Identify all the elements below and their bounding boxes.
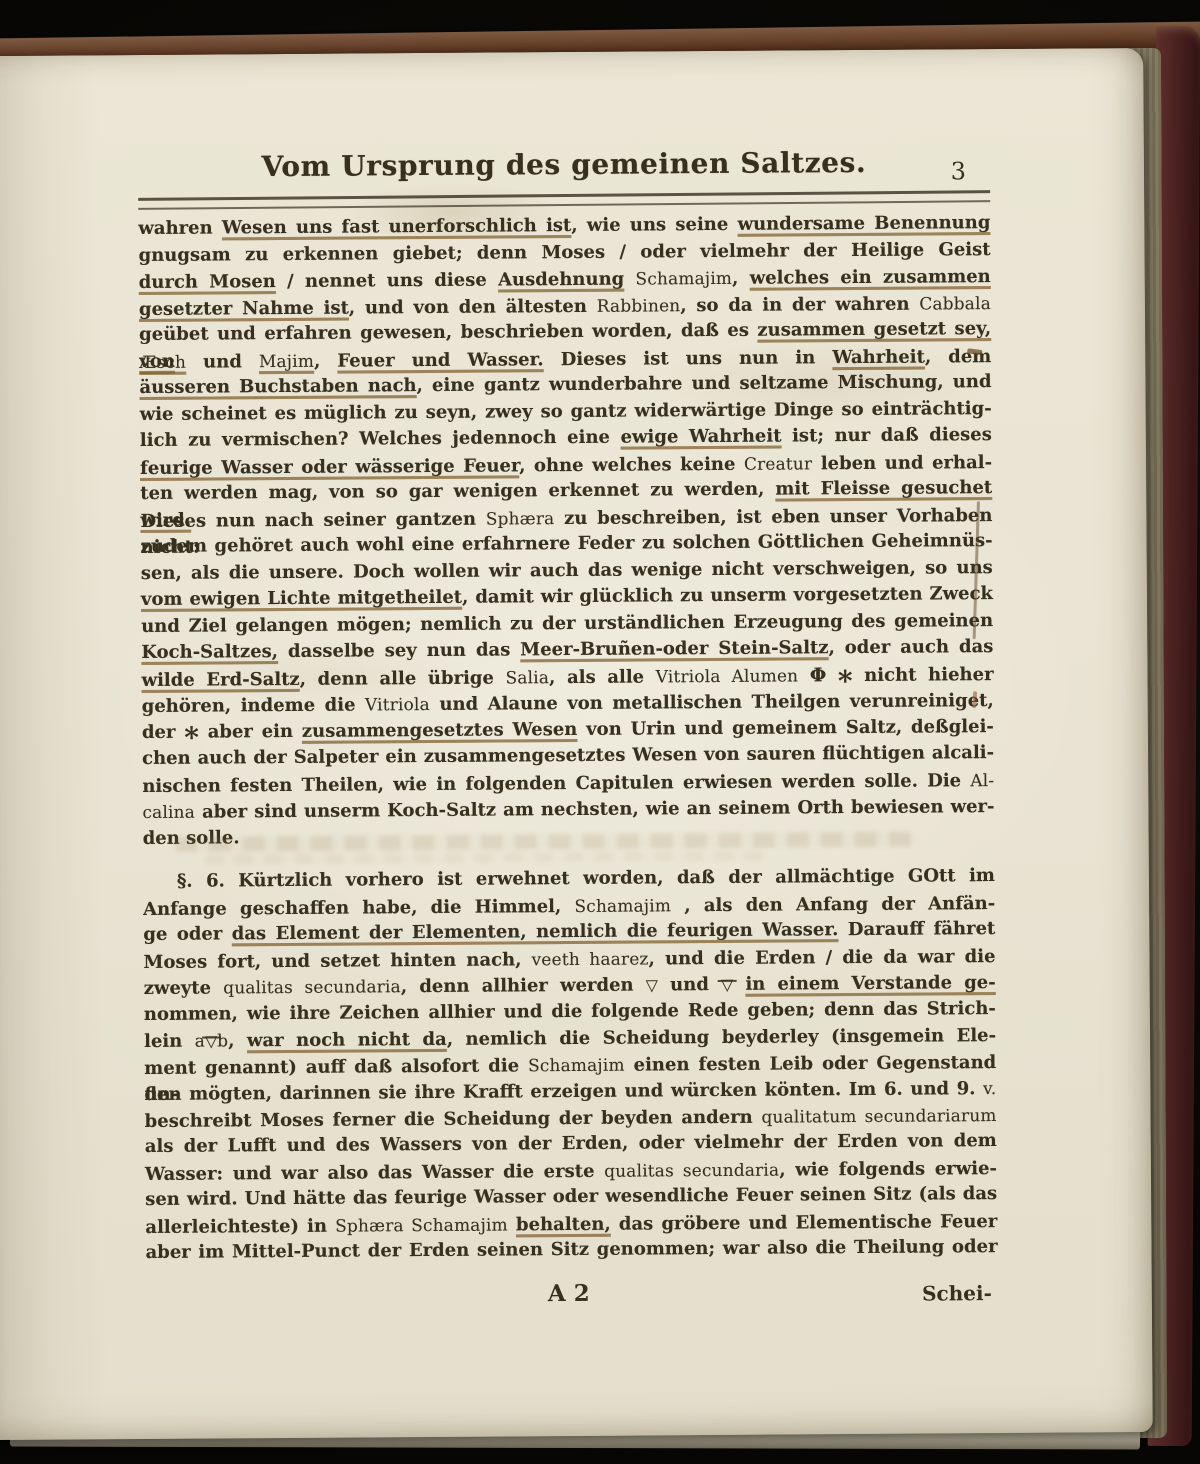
scanned-book-photo: Vom Ursprung des gemeinen Saltzes. 3 wah… [0,0,1200,1464]
text-segment: Schamajim [574,895,671,916]
text-line: calina aber sind unserm Koch-Saltz am ne… [142,793,994,825]
text-segment: äusseren Buchstaben nach [139,375,416,398]
text-segment [508,1214,516,1235]
catchword: Schei- [922,1281,992,1305]
text-segment: geübet und erfahren gewesen, beschrieben… [139,320,757,345]
text-segment: Wahrheit [832,346,925,368]
text-segment: , und die Erden / die da war die [649,946,996,969]
text-segment: , [732,268,750,289]
text-segment: Salia [505,667,549,687]
paragraph-p2: §. 6. Kürtzlich vorhero ist erwehnet wor… [143,863,998,1266]
text-segment: wie scheinet es müglich zu seyn, zwey so… [140,398,992,425]
text-segment: , [314,350,337,371]
page-footer: A 2 Schei- [146,1277,998,1323]
text-segment: als der Lufft und des Wassers von der Er… [145,1130,997,1157]
text-segment: leben und erhal- [812,452,992,474]
text-segment: a [195,1031,205,1051]
text-segment: , [228,1030,247,1051]
text-segment: und Alaune von metallischen Theilgen ver… [430,690,994,715]
text-segment: aber ein [199,720,302,742]
text-segment: sen wird. Und hätte das feurige Wasser o… [145,1183,997,1210]
text-segment: von Urin und gemeinem Saltz, deßglei- [577,716,994,740]
book-page: Vom Ursprung des gemeinen Saltzes. 3 wah… [0,48,1153,1440]
text-segment: , denn allhier werden [401,974,646,997]
text-segment: Rabbinen [597,295,681,316]
text-segment: Koch-Saltzes, [141,641,278,663]
text-segment: sen, als die unsere. Doch wollen wir auc… [141,557,993,584]
page-number: 3 [951,157,966,185]
text-segment: , dem [925,346,992,367]
text-segment: ment genannt) auff daß alsofort die [144,1055,528,1079]
text-segment: Al- [970,770,994,790]
text-segment: Meer-Bruñen-oder Stein-Saltz [520,637,828,660]
text-segment: Dieses ist uns nun in [544,347,833,370]
text-segment: durch Mosen [139,271,276,293]
text-segment: in einem Verstande ge- [745,972,995,995]
text-segment: Vitriola [365,694,430,714]
text-segment: v. [983,1078,996,1098]
text-segment: Schamajim [528,1054,625,1075]
signature-mark: A 2 [548,1279,590,1306]
symE-symbol: ▽ [721,972,733,999]
text-segment: wundersame Benennung [737,212,990,235]
text-segment: , oder auch das [828,636,993,658]
text-segment: das Element der Elementen, nemlich die f… [232,919,839,944]
symP-symbol: Φ [810,664,827,686]
text-segment: , wie uns seine [571,214,737,236]
text-segment: Dieses nun nach seiner gantzen [140,508,486,531]
text-segment: Feuer und Wasser. [337,349,543,371]
text-segment: Anfange geschaffen habe, die Himmel, [143,895,574,919]
paragraph-p1: wahren Wesen uns fast unerforschlich ist… [138,210,994,852]
text-segment: ist; nur daß dieses [781,424,992,446]
text-segment: zusammengesetztes Wesen [302,718,578,741]
text-segment: nischen festen Theilen, wie in folgenden… [142,770,970,797]
text-segment: Sphæra [486,508,555,528]
text-segment: qualitas secundaria [604,1159,779,1180]
text-segment: feurige Wasser oder wässerige Feuer [140,455,519,479]
text-segment: lich zu vermischen? Welches jedennoch ei… [140,427,621,451]
text-segment: , wie folgends erwie- [779,1158,997,1181]
text-segment: ten werden mag, von so gar wenigen erken… [140,479,775,504]
text-segment: chen auch der Salpeter ein zusammengeset… [142,742,994,769]
text-segment: , und von den ältesten [349,295,597,318]
text-segment: wilde Erd-Saltz [141,668,299,690]
symW-symbol: ▽ [646,972,658,999]
text-body: wahren Wesen uns fast unerforschlich ist… [138,210,997,1266]
text-segment: qualitatum secundariarum [761,1105,996,1127]
text-segment: , damit wir glücklich zu unserm vorgeset… [462,583,993,608]
text-segment: Wesen uns fast unerforschlich ist [222,215,572,238]
text-segment [624,269,635,290]
text-segment: qualitas secundaria [223,976,401,997]
text-segment: Darauff fähret [838,918,995,940]
text-segment [798,665,810,686]
text-segment: ge oder [143,923,232,945]
text-segment: lein [144,1031,195,1052]
text-segment: der [142,721,184,742]
text-segment: war noch nicht da [247,1029,447,1051]
text-segment: nicht hieher [852,664,993,686]
symE-symbol: ▽ [205,1028,217,1055]
page-title: Vom Ursprung des gemeinen Saltzes. [138,145,990,184]
text-segment: Sphæra Schamajim [335,1214,508,1235]
text-segment: , als den Anfang der Anfän- [671,893,995,916]
text-segment: Æsch [139,351,186,371]
text-segment: dasselbe sey nun das [278,639,520,662]
text-segment: gesetzter Nahme ist [139,297,349,319]
text-segment: calina [142,802,195,822]
text-segment: aber sind unserm Koch-Saltz am nechsten,… [195,796,995,823]
text-segment: §. 6. Kürtzlich vorhero ist erwehnet wor… [177,865,995,892]
text-segment: allerleichteste) in [145,1215,335,1237]
text-segment: beschreibt Moses ferner die Scheidung de… [145,1106,762,1131]
text-segment: das gröbere und Elementische Feuer [611,1211,998,1235]
text-segment: vom ewigen Lichte mitgetheilet [141,587,462,610]
running-header: Vom Ursprung des gemeinen Saltzes. 3 [138,145,990,197]
text-segment: b [217,1030,228,1050]
text-segment: gnugsam zu erkennen giebet; denn Moses /… [139,239,991,266]
text-segment: , als alle [549,666,656,688]
page-content: Vom Ursprung des gemeinen Saltzes. 3 wah… [138,145,998,1322]
text-segment: zudem gehöret auch wohl eine erfahrnere … [141,530,993,557]
text-segment: Wasser: und war also das Wasser die erst… [145,1160,604,1184]
text-line: aber im Mittel-Punct der Erden seinen Si… [145,1234,997,1266]
text-segment: behalten, [516,1213,611,1235]
text-segment: , eine gantz wunderbahre und seltzame Mi… [417,371,992,396]
text-segment: veeth haarez [532,948,649,969]
text-segment: , ohne welches keine [519,453,744,476]
text-segment: den mögten, darinnen sie ihre Krafft erz… [144,1078,983,1105]
text-segment: aber im Mittel-Punct der Erden seinen Si… [145,1236,997,1263]
text-segment: Majim [259,350,314,370]
text-segment: welches ein zusammen [750,266,991,289]
text-segment: Vitriola Alumen [656,665,799,686]
text-segment [733,974,745,995]
text-segment: , denn alle übrige [300,667,506,689]
text-segment: , so da in der wahren [680,293,919,316]
text-segment: Cabbala [919,293,991,313]
text-segment: Ausdehnung [498,269,624,291]
text-segment: wahren [138,217,222,239]
text-segment: Creatur [744,453,812,473]
text-segment: und [186,351,259,373]
text-segment: nommen, wie ihre Zeichen allhier und die… [144,998,996,1025]
text-segment: Moses fort, und setzet hinten nach, [143,949,531,973]
text-segment [826,665,838,686]
text-segment: zweyte [144,977,224,999]
text-segment: gehören, indeme die [142,694,365,717]
text-segment: und [658,974,721,995]
text-segment: , nemlich die Scheidung beyderley (insge… [447,1025,996,1050]
text-segment: ewige Wahrheit [620,426,781,448]
text-segment: / nennet uns diese [276,269,498,292]
text-segment: und Ziel gelangen mögen; nemlich zu der … [141,610,993,637]
text-segment: Schamajim [635,268,732,289]
